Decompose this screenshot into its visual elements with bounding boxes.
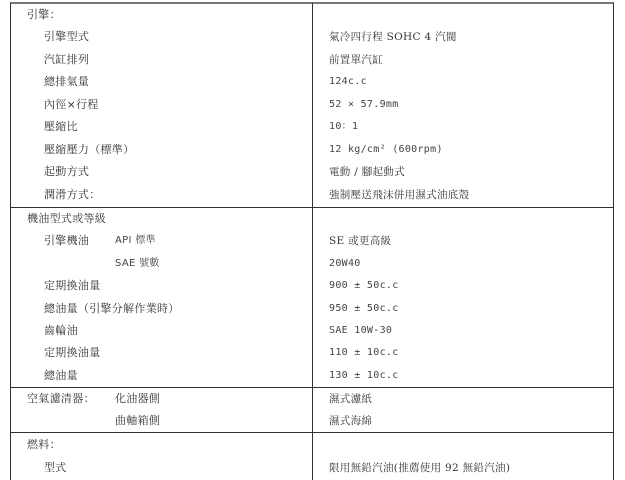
label-gear-oil-change: 定期換油量	[44, 346, 101, 360]
label-gear-oil-total: 總油量	[44, 369, 78, 383]
label-compression-ratio: 壓縮比	[44, 120, 78, 134]
value-sae-grade: 20W40	[329, 257, 361, 271]
label-lubrication: 潤滑方式：	[44, 188, 101, 202]
value-starting-method: 電動 / 腳起動式	[329, 165, 405, 179]
value-carburetor-side: 濕式濾紙	[329, 392, 372, 406]
label-bore-stroke: 內徑×行程	[44, 98, 99, 112]
value-engine-type: 氣冷四行程 SOHC 4 汽閥	[329, 30, 457, 44]
value-fuel-type: 限用無鉛汽油(推薦使用 92 無鉛汽油)	[329, 461, 510, 475]
label-cylinder-arrangement: 汽缸排列	[44, 53, 89, 67]
table-right-border	[613, 3, 614, 480]
section-title-fuel: 燃料：	[27, 438, 61, 452]
value-compression-pressure: 12 kg/cm² (600rpm)	[329, 143, 443, 157]
section-title-engine: 引擎：	[27, 8, 61, 22]
value-gear-oil-total: 130 ± 10c.c	[329, 369, 399, 383]
section-title-oil: 機油型式或等級	[27, 212, 106, 226]
label-total-oil-disassembly: 總油量（引擎分解作業時）	[44, 302, 180, 316]
label-engine-oil: 引擎機油	[44, 234, 89, 248]
table-column-divider	[312, 3, 313, 480]
value-crankcase-side: 濕式海綿	[329, 414, 372, 428]
label-compression-pressure: 壓縮壓力（標準）	[44, 143, 134, 157]
row-divider-air-filter	[10, 387, 614, 388]
sublabel-carburetor-side: 化油器側	[115, 392, 160, 406]
value-displacement: 124c.c	[329, 75, 367, 89]
value-api-standard: SE 或更高級	[329, 234, 391, 248]
value-gear-oil: SAE 10W-30	[329, 324, 392, 338]
label-gear-oil: 齒輪油	[44, 324, 78, 338]
table-left-border	[10, 3, 11, 480]
sublabel-api-standard: API 標準	[115, 234, 156, 248]
label-periodic-oil-change: 定期換油量	[44, 279, 101, 293]
value-compression-ratio: 10：1	[329, 120, 358, 134]
value-periodic-oil-change: 900 ± 50c.c	[329, 279, 399, 293]
row-divider-fuel	[10, 432, 614, 433]
label-displacement: 總排氣量	[44, 75, 89, 89]
value-gear-oil-change: 110 ± 10c.c	[329, 346, 399, 360]
spec-table: 引擎： 引擎型式 氣冷四行程 SOHC 4 汽閥 汽缸排列 前置單汽缸 總排氣量…	[0, 0, 625, 480]
value-cylinder-arrangement: 前置單汽缸	[329, 53, 383, 67]
label-fuel-type: 型式	[44, 461, 67, 475]
row-divider-oil	[10, 207, 614, 208]
value-total-oil-disassembly: 950 ± 50c.c	[329, 302, 399, 316]
sublabel-sae-grade: SAE 號數	[115, 257, 160, 271]
sublabel-crankcase-side: 曲軸箱側	[115, 414, 160, 428]
section-title-air-filter: 空氣濾清器：	[27, 392, 95, 406]
value-bore-stroke: 52 × 57.9mm	[329, 98, 399, 112]
label-engine-type: 引擎型式	[44, 30, 89, 44]
label-starting-method: 起動方式	[44, 165, 89, 179]
value-lubrication: 強制壓送飛沫併用濕式油底殼	[329, 188, 469, 202]
